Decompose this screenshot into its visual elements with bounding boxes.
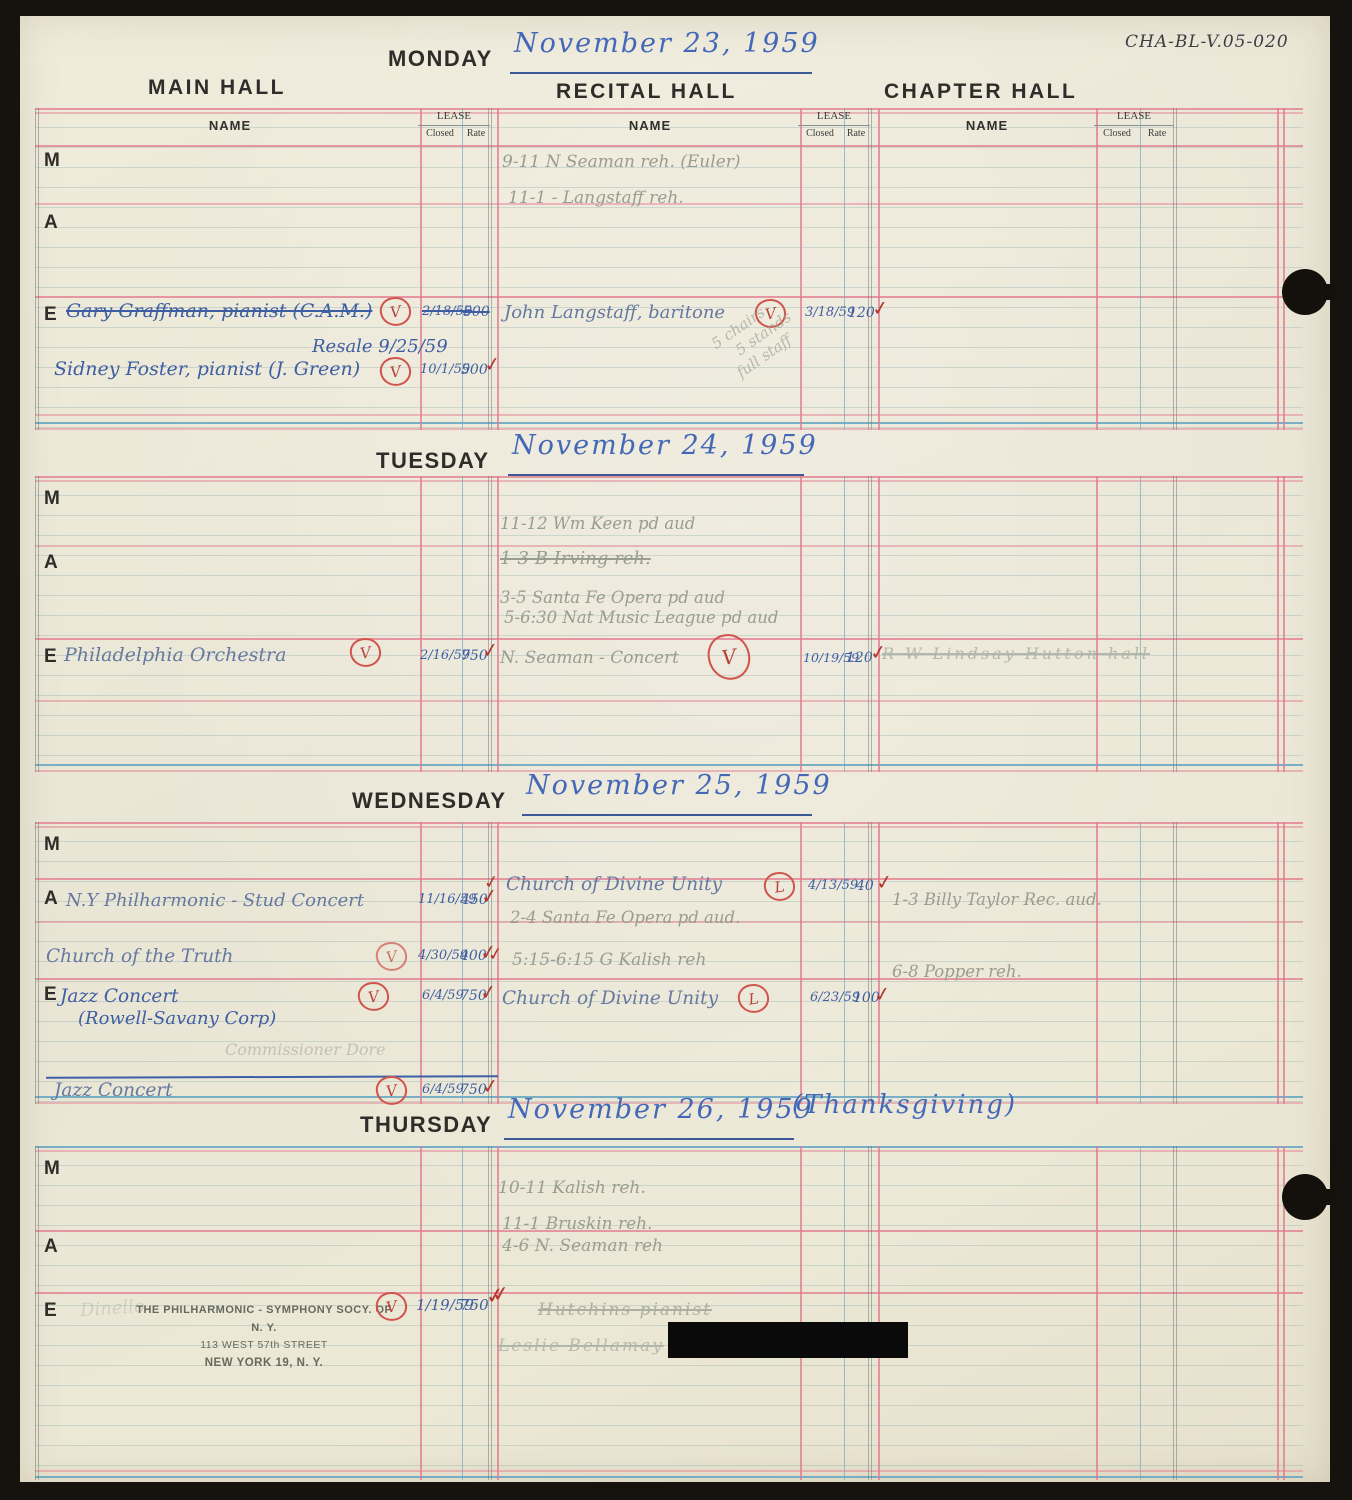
stamp-line: NEW YORK 19, N. Y. <box>130 1354 398 1372</box>
lease-rate: 40 <box>856 878 874 894</box>
entry-cancelled: Leslie Bellamay <box>498 1336 664 1356</box>
recital-lease-header: LEASE <box>798 110 870 122</box>
entry: 1-3 Billy Taylor Rec. aud. <box>892 890 1102 909</box>
entry-cancelled: R W Lindsay Hutton hall <box>882 644 1150 663</box>
grid-rule <box>844 1146 845 1480</box>
red-checkmark: ✓ <box>483 873 500 893</box>
entry: 2-4 Santa Fe Opera pd aud. <box>510 908 740 927</box>
grid-rule <box>800 822 802 1104</box>
grid-rule <box>871 1146 872 1480</box>
grid-rule <box>1173 476 1174 772</box>
row-label-morning: M <box>44 834 60 856</box>
grid-rule <box>420 822 422 1104</box>
entry-line2: (Rowell-Savany Corp) <box>78 1008 276 1029</box>
pencil-note: Commissioner Dore <box>225 1040 386 1059</box>
grid-rule <box>1277 822 1279 1104</box>
grid-rule <box>1277 1146 1279 1480</box>
entry: Jazz Concert <box>54 1080 173 1101</box>
row-label-afternoon: A <box>44 888 58 910</box>
entry: 10-11 Kalish reh. <box>498 1178 646 1198</box>
grid-rule <box>35 1146 36 1480</box>
entry: John Langstaff, baritone <box>504 302 725 323</box>
grid-rule <box>497 476 499 772</box>
grid-rule <box>497 108 499 430</box>
row-label-morning: M <box>44 150 60 172</box>
entry: 11-1 - Langstaff reh. <box>508 188 684 208</box>
entry: Philadelphia Orchestra <box>64 644 286 666</box>
grid-rule <box>1176 476 1177 772</box>
entry-cancelled: Gary Graffman, pianist (C.A.M.) <box>66 300 372 322</box>
grid-rule <box>844 476 845 772</box>
grid-rule <box>1096 108 1098 430</box>
main-closed-header: Closed <box>418 128 462 139</box>
grid-rule <box>844 108 845 430</box>
grid-rule <box>38 476 39 772</box>
grid-rule <box>488 108 489 430</box>
row-label-evening: E <box>44 1300 57 1322</box>
grid-rule <box>878 108 880 430</box>
grid-rule <box>491 476 492 772</box>
row-label-evening: E <box>44 984 57 1006</box>
grid-rule <box>491 108 492 430</box>
lease-closed-date: 6/4/59 <box>422 1082 464 1097</box>
chapter-name-header: NAME <box>877 118 1097 133</box>
grid-rule <box>844 822 845 1104</box>
grid-rule <box>462 476 463 772</box>
day-label-monday: MONDAY <box>388 46 493 72</box>
grid-rule <box>1277 476 1279 772</box>
grid-rule <box>35 476 36 772</box>
lease-rate: 120 <box>848 305 875 321</box>
grid-rule <box>800 476 802 772</box>
scanned-ledger-photo: { "doc_ref": "CHA-BL-V.05-020", "headers… <box>0 0 1352 1500</box>
lease-rate: 120 <box>846 650 873 666</box>
entry: 11-12 Wm Keen pd aud <box>500 514 695 533</box>
date-underline <box>522 814 812 816</box>
lease-rate: 750 <box>460 1296 489 1314</box>
recital-rate-header: Rate <box>842 128 870 139</box>
grid-rule <box>1277 108 1279 430</box>
redaction-box <box>668 1322 908 1358</box>
main-hall-title: MAIN HALL <box>148 76 286 100</box>
day-date-suffix: (Thanksgiving) <box>792 1090 1017 1120</box>
chapter-lease-header: LEASE <box>1094 110 1174 122</box>
grid-rule <box>1140 476 1141 772</box>
grid-rule <box>871 108 872 430</box>
main-lease-header: LEASE <box>418 110 490 122</box>
resale-note: Resale 9/25/59 <box>312 336 448 357</box>
row-label-morning: M <box>44 488 60 510</box>
entry: Sidney Foster, pianist (J. Green) <box>54 358 360 380</box>
day-label-tuesday: TUESDAY <box>376 448 490 474</box>
grid-rule <box>800 108 802 430</box>
grid-rule <box>1176 822 1177 1104</box>
grid-rule <box>1140 1146 1141 1480</box>
grid-rule <box>868 822 869 1104</box>
red-checkmark: ✓ <box>479 981 498 1003</box>
ledger-page: CHA-BL-V.05-020 MAIN HALL RECITAL HALL C… <box>20 16 1330 1482</box>
grid-rule <box>878 476 880 772</box>
entry: N. Seaman - Concert <box>500 648 679 668</box>
date-underline <box>504 1138 794 1140</box>
entry: Jazz Concert <box>60 986 179 1007</box>
grid-rule <box>1096 1146 1098 1480</box>
row-label-afternoon: A <box>44 212 58 234</box>
grid-rule <box>868 476 869 772</box>
entry: 11-1 Bruskin reh. <box>502 1214 653 1234</box>
red-checkmark: ✓ <box>481 1075 500 1097</box>
day-date-tuesday: November 24, 1959 <box>512 430 818 461</box>
entry-cancelled: 1-3 B Irving reh. <box>500 548 651 569</box>
red-checkmark: ✓ <box>481 639 500 661</box>
main-name-header: NAME <box>120 118 340 133</box>
entry: Church of Divine Unity <box>502 988 718 1009</box>
grid-rule <box>420 108 422 430</box>
grid-rule <box>38 822 39 1104</box>
grid-rule <box>1283 822 1285 1104</box>
row-label-evening: E <box>44 304 57 326</box>
grid-rule <box>488 476 489 772</box>
philharmonic-stamp: THE PHILHARMONIC - SYMPHONY SOCY. OF N. … <box>130 1302 398 1372</box>
grid-rule <box>1176 1146 1177 1480</box>
entry-cancelled: Hutchins pianist <box>538 1300 712 1320</box>
grid-rule <box>1283 108 1285 430</box>
row-label-afternoon: A <box>44 552 58 574</box>
date-underline <box>510 72 812 74</box>
grid-rule <box>38 1146 39 1480</box>
day-label-wednesday: WEDNESDAY <box>352 788 507 814</box>
red-checkmark: ✓ <box>487 945 504 965</box>
grid-rule <box>1176 108 1177 430</box>
red-checkmark: ✓ <box>873 983 892 1005</box>
red-checkmark: ✓ <box>491 1283 511 1306</box>
grid-rule <box>871 822 872 1104</box>
grid-rule <box>871 476 872 772</box>
stamp-line: THE PHILHARMONIC - SYMPHONY SOCY. OF N. … <box>130 1302 398 1337</box>
grid-rule <box>1173 1146 1174 1480</box>
grid-rule <box>868 1146 869 1480</box>
day-date-monday: November 23, 1959 <box>514 28 820 59</box>
entry: 6-8 Popper reh. <box>892 962 1022 981</box>
grid-rule <box>462 108 463 430</box>
grid-rule <box>35 822 36 1104</box>
entry: 4-6 N. Seaman reh <box>502 1236 663 1256</box>
entry: N.Y Philharmonic - Stud Concert <box>66 890 364 911</box>
row-label-evening: E <box>44 646 57 668</box>
grid-rule <box>1140 108 1141 430</box>
hole-punch-tab <box>1316 284 1336 300</box>
entry: 5-6:30 Nat Music League pd aud <box>504 608 778 627</box>
entry: Church of the Truth <box>46 946 233 967</box>
entry: 5:15-6:15 G Kalish reh <box>512 950 706 970</box>
row-label-morning: M <box>44 1158 60 1180</box>
grid-rule <box>878 822 880 1104</box>
grid-rule <box>38 108 39 430</box>
chapter-closed-header: Closed <box>1094 128 1140 139</box>
chapter-hall-title: CHAPTER HALL <box>884 80 1077 104</box>
day-date-wednesday: November 25, 1959 <box>526 770 832 801</box>
recital-name-header: NAME <box>540 118 760 133</box>
recital-hall-title: RECITAL HALL <box>556 80 737 104</box>
document-reference: CHA-BL-V.05-020 <box>1125 32 1289 52</box>
grid-rule <box>491 1146 492 1480</box>
row-label-afternoon: A <box>44 1236 58 1258</box>
grid-rule <box>868 108 869 430</box>
grid-rule <box>35 108 36 430</box>
hole-punch-tab <box>1316 1189 1336 1205</box>
main-rate-header: Rate <box>462 128 490 139</box>
recital-closed-header: Closed <box>798 128 842 139</box>
entry: 9-11 N Seaman reh. (Euler) <box>502 152 741 172</box>
red-checkmark: ✓ <box>871 297 890 319</box>
lease-rate: 500 <box>463 304 490 320</box>
stamp-line: 113 WEST 57th STREET <box>130 1337 398 1354</box>
lease-closed-date: 4/13/59 <box>808 878 858 893</box>
day-label-thursday: THURSDAY <box>360 1112 492 1138</box>
entry: Church of Divine Unity <box>506 874 722 895</box>
day-date-thursday: November 26, 1959 <box>508 1094 814 1125</box>
grid-rule <box>1096 476 1098 772</box>
grid-rule <box>1096 822 1098 1104</box>
entry: 3-5 Santa Fe Opera pd aud <box>500 588 725 607</box>
lease-closed-date: 6/4/59 <box>422 988 464 1003</box>
red-checkmark: ✓ <box>483 353 502 375</box>
grid-rule <box>1140 822 1141 1104</box>
grid-rule <box>1283 476 1285 772</box>
grid-rule <box>420 476 422 772</box>
grid-rule <box>878 1146 880 1480</box>
chapter-rate-header: Rate <box>1140 128 1174 139</box>
grid-rule <box>1173 822 1174 1104</box>
grid-rule <box>800 1146 802 1480</box>
grid-rule <box>1173 108 1174 430</box>
